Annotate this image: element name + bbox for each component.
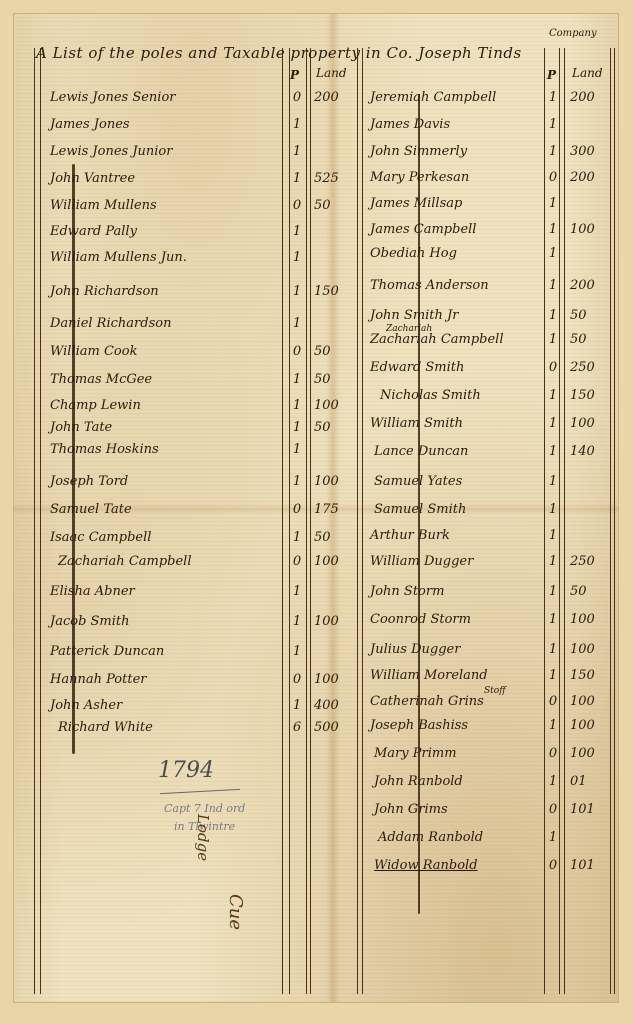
entry-polls: 1 <box>546 144 560 159</box>
entry-land: 100 <box>570 694 595 709</box>
year-annotation: 1794 <box>158 758 214 783</box>
entry-name: Zachariah Campbell <box>370 332 504 347</box>
entry-name: Nicholas Smith <box>380 388 481 403</box>
entry-name: Catherinah Grins <box>370 694 484 709</box>
entry-polls: 1 <box>546 718 560 733</box>
entry-name: John Asher <box>50 698 122 713</box>
left-land-header: Land <box>316 66 347 80</box>
entry-name: Joseph Tord <box>50 474 128 489</box>
entry-polls: 1 <box>546 474 560 489</box>
entry-polls: 1 <box>290 117 304 132</box>
entry-polls: 1 <box>546 830 560 845</box>
entry-land: 525 <box>314 171 339 186</box>
interlinear-note: Zachariah <box>386 324 432 334</box>
entry-land: 50 <box>314 344 331 359</box>
entry-name: William Moreland <box>370 668 488 683</box>
title-annotation: Company <box>549 28 597 39</box>
rule-line <box>34 48 35 994</box>
entry-name: Samuel Yates <box>374 474 462 489</box>
entry-land: 01 <box>570 774 587 789</box>
entry-name: Zachariah Campbell <box>58 554 192 569</box>
entry-polls: 1 <box>546 416 560 431</box>
entry-land: 140 <box>570 444 595 459</box>
rule-line <box>564 48 565 994</box>
vertical-ink-note: Lodge <box>194 814 212 861</box>
entry-land: 101 <box>570 858 595 873</box>
entry-polls: 0 <box>546 360 560 375</box>
document-title: A List of the poles and Taxable property… <box>36 44 522 62</box>
rule-line <box>282 48 283 994</box>
entry-polls: 1 <box>546 246 560 261</box>
entry-polls: 1 <box>290 398 304 413</box>
entry-name: James Jones <box>50 117 130 132</box>
entry-polls: 1 <box>290 614 304 629</box>
entry-polls: 1 <box>290 224 304 239</box>
entry-name: John Richardson <box>50 284 159 299</box>
interlinear-note: Stoff <box>484 686 506 696</box>
entry-name: Thomas Anderson <box>370 278 489 293</box>
entry-name: John Smith Jr <box>370 308 458 323</box>
rule-line <box>610 48 611 994</box>
rule-line <box>40 48 41 994</box>
entry-name: Mary Primm <box>374 746 457 761</box>
entry-polls: 1 <box>546 774 560 789</box>
entry-polls: 1 <box>290 420 304 435</box>
entry-polls: 1 <box>546 642 560 657</box>
entry-land: 50 <box>570 332 587 347</box>
entry-polls: 1 <box>290 171 304 186</box>
entry-name: Thomas Hoskins <box>50 442 159 457</box>
entry-polls: 1 <box>290 584 304 599</box>
entry-land: 200 <box>570 278 595 293</box>
entry-name: John Grims <box>374 802 448 817</box>
entry-land: 400 <box>314 698 339 713</box>
entry-polls: 1 <box>290 474 304 489</box>
entry-polls: 1 <box>546 444 560 459</box>
entry-name: James Campbell <box>370 222 476 237</box>
entry-land: 150 <box>570 388 595 403</box>
entry-land: 100 <box>570 222 595 237</box>
entry-name: John Storm <box>370 584 444 599</box>
entry-name: Richard White <box>58 720 153 735</box>
entry-polls: 1 <box>546 308 560 323</box>
entry-polls: 1 <box>290 284 304 299</box>
underline <box>160 789 240 794</box>
entry-land: 200 <box>570 90 595 105</box>
entry-polls: 1 <box>290 250 304 265</box>
entry-polls: 1 <box>546 278 560 293</box>
entry-land: 100 <box>314 554 339 569</box>
entry-name: Daniel Richardson <box>50 316 171 331</box>
entry-polls: 1 <box>546 502 560 517</box>
entry-name: William Mullens Jun. <box>50 250 187 265</box>
entry-name: Jacob Smith <box>50 614 130 629</box>
entry-polls: 0 <box>290 502 304 517</box>
entry-land: 250 <box>570 360 595 375</box>
manuscript-page: A List of the poles and Taxable property… <box>14 14 618 1002</box>
entry-name: James Davis <box>370 117 450 132</box>
entry-polls: 1 <box>546 196 560 211</box>
entry-name: Thomas McGee <box>50 372 152 387</box>
entry-name: Lewis Jones Junior <box>50 144 172 159</box>
rule-line <box>362 48 363 994</box>
rule-line <box>544 48 545 994</box>
entry-polls: 1 <box>546 117 560 132</box>
entry-land: 500 <box>314 720 339 735</box>
entry-polls: 1 <box>290 442 304 457</box>
entry-polls: 1 <box>546 332 560 347</box>
entry-land: 50 <box>314 530 331 545</box>
left-polls-header: P <box>290 68 299 82</box>
entry-land: 300 <box>570 144 595 159</box>
entry-land: 50 <box>570 584 587 599</box>
entry-polls: 1 <box>546 90 560 105</box>
entry-name: Isaac Campbell <box>50 530 151 545</box>
entry-name: Joseph Bashiss <box>370 718 468 733</box>
entry-polls: 1 <box>546 584 560 599</box>
entry-land: 175 <box>314 502 339 517</box>
entry-land: 100 <box>570 746 595 761</box>
entry-name: Elisha Abner <box>50 584 135 599</box>
entry-polls: 0 <box>290 554 304 569</box>
entry-polls: 1 <box>290 644 304 659</box>
entry-name: Arthur Burk <box>370 528 450 543</box>
entry-name: Samuel Tate <box>50 502 132 517</box>
entry-name: John Tate <box>50 420 112 435</box>
entry-polls: 0 <box>290 344 304 359</box>
rule-line <box>289 48 290 994</box>
entry-land: 100 <box>314 614 339 629</box>
entry-name: John Simmerly <box>370 144 467 159</box>
entry-polls: 0 <box>546 802 560 817</box>
entry-land: 101 <box>570 802 595 817</box>
entry-name: William Smith <box>370 416 463 431</box>
rule-line <box>357 48 358 994</box>
entry-polls: 0 <box>546 170 560 185</box>
entry-name: Julius Dugger <box>370 642 460 657</box>
vertical-ink-note: Cue <box>225 894 246 930</box>
entry-land: 200 <box>314 90 339 105</box>
entry-name: John Vantree <box>50 171 135 186</box>
entry-name: Hannah Potter <box>50 672 147 687</box>
entry-name: Mary Perkesan <box>370 170 469 185</box>
entry-land: 100 <box>570 416 595 431</box>
entry-polls: 0 <box>546 858 560 873</box>
entry-polls: 1 <box>290 372 304 387</box>
entry-polls: 6 <box>290 720 304 735</box>
right-polls-header: P <box>547 68 556 82</box>
entry-name: Addam Ranbold <box>378 830 483 845</box>
entry-land: 50 <box>570 308 587 323</box>
entry-name: Champ Lewin <box>50 398 141 413</box>
entry-name: Edward Pally <box>50 224 137 239</box>
entry-name: Widow Ranbold <box>374 858 478 873</box>
rule-line <box>614 48 615 994</box>
entry-name: William Dugger <box>370 554 473 569</box>
entry-land: 50 <box>314 198 331 213</box>
entry-polls: 1 <box>546 554 560 569</box>
entry-name: James Millsap <box>370 196 462 211</box>
entry-land: 100 <box>314 398 339 413</box>
entry-land: 50 <box>314 372 331 387</box>
entry-name: Lance Duncan <box>374 444 468 459</box>
entry-name: Edward Smith <box>370 360 464 375</box>
entry-name: William Mullens <box>50 198 157 213</box>
entry-land: 100 <box>570 642 595 657</box>
entry-name: Patterick Duncan <box>50 644 164 659</box>
entry-land: 100 <box>570 612 595 627</box>
entry-name: Lewis Jones Senior <box>50 90 176 105</box>
entry-name: John Ranbold <box>374 774 463 789</box>
entry-land: 100 <box>314 474 339 489</box>
entry-polls: 0 <box>290 90 304 105</box>
entry-name: Obediah Hog <box>370 246 457 261</box>
entry-name: Samuel Smith <box>374 502 466 517</box>
entry-polls: 1 <box>290 698 304 713</box>
entry-land: 150 <box>570 668 595 683</box>
entry-polls: 0 <box>290 198 304 213</box>
entry-polls: 0 <box>546 694 560 709</box>
entry-polls: 1 <box>290 316 304 331</box>
entry-polls: 0 <box>546 746 560 761</box>
entry-polls: 1 <box>546 668 560 683</box>
right-land-header: Land <box>572 66 603 80</box>
entry-polls: 1 <box>546 612 560 627</box>
rule-line <box>306 48 307 994</box>
entry-land: 50 <box>314 420 331 435</box>
entry-land: 100 <box>314 672 339 687</box>
entry-land: 100 <box>570 718 595 733</box>
entry-land: 150 <box>314 284 339 299</box>
entry-polls: 1 <box>290 530 304 545</box>
rule-line <box>310 48 311 994</box>
rule-line <box>559 48 560 994</box>
entry-polls: 1 <box>546 528 560 543</box>
entry-polls: 1 <box>290 144 304 159</box>
entry-land: 200 <box>570 170 595 185</box>
entry-polls: 0 <box>290 672 304 687</box>
entry-name: Jeremiah Campbell <box>370 90 496 105</box>
entry-name: Coonrod Storm <box>370 612 471 627</box>
entry-land: 250 <box>570 554 595 569</box>
entry-polls: 1 <box>546 222 560 237</box>
entry-polls: 1 <box>546 388 560 403</box>
entry-name: William Cook <box>50 344 137 359</box>
